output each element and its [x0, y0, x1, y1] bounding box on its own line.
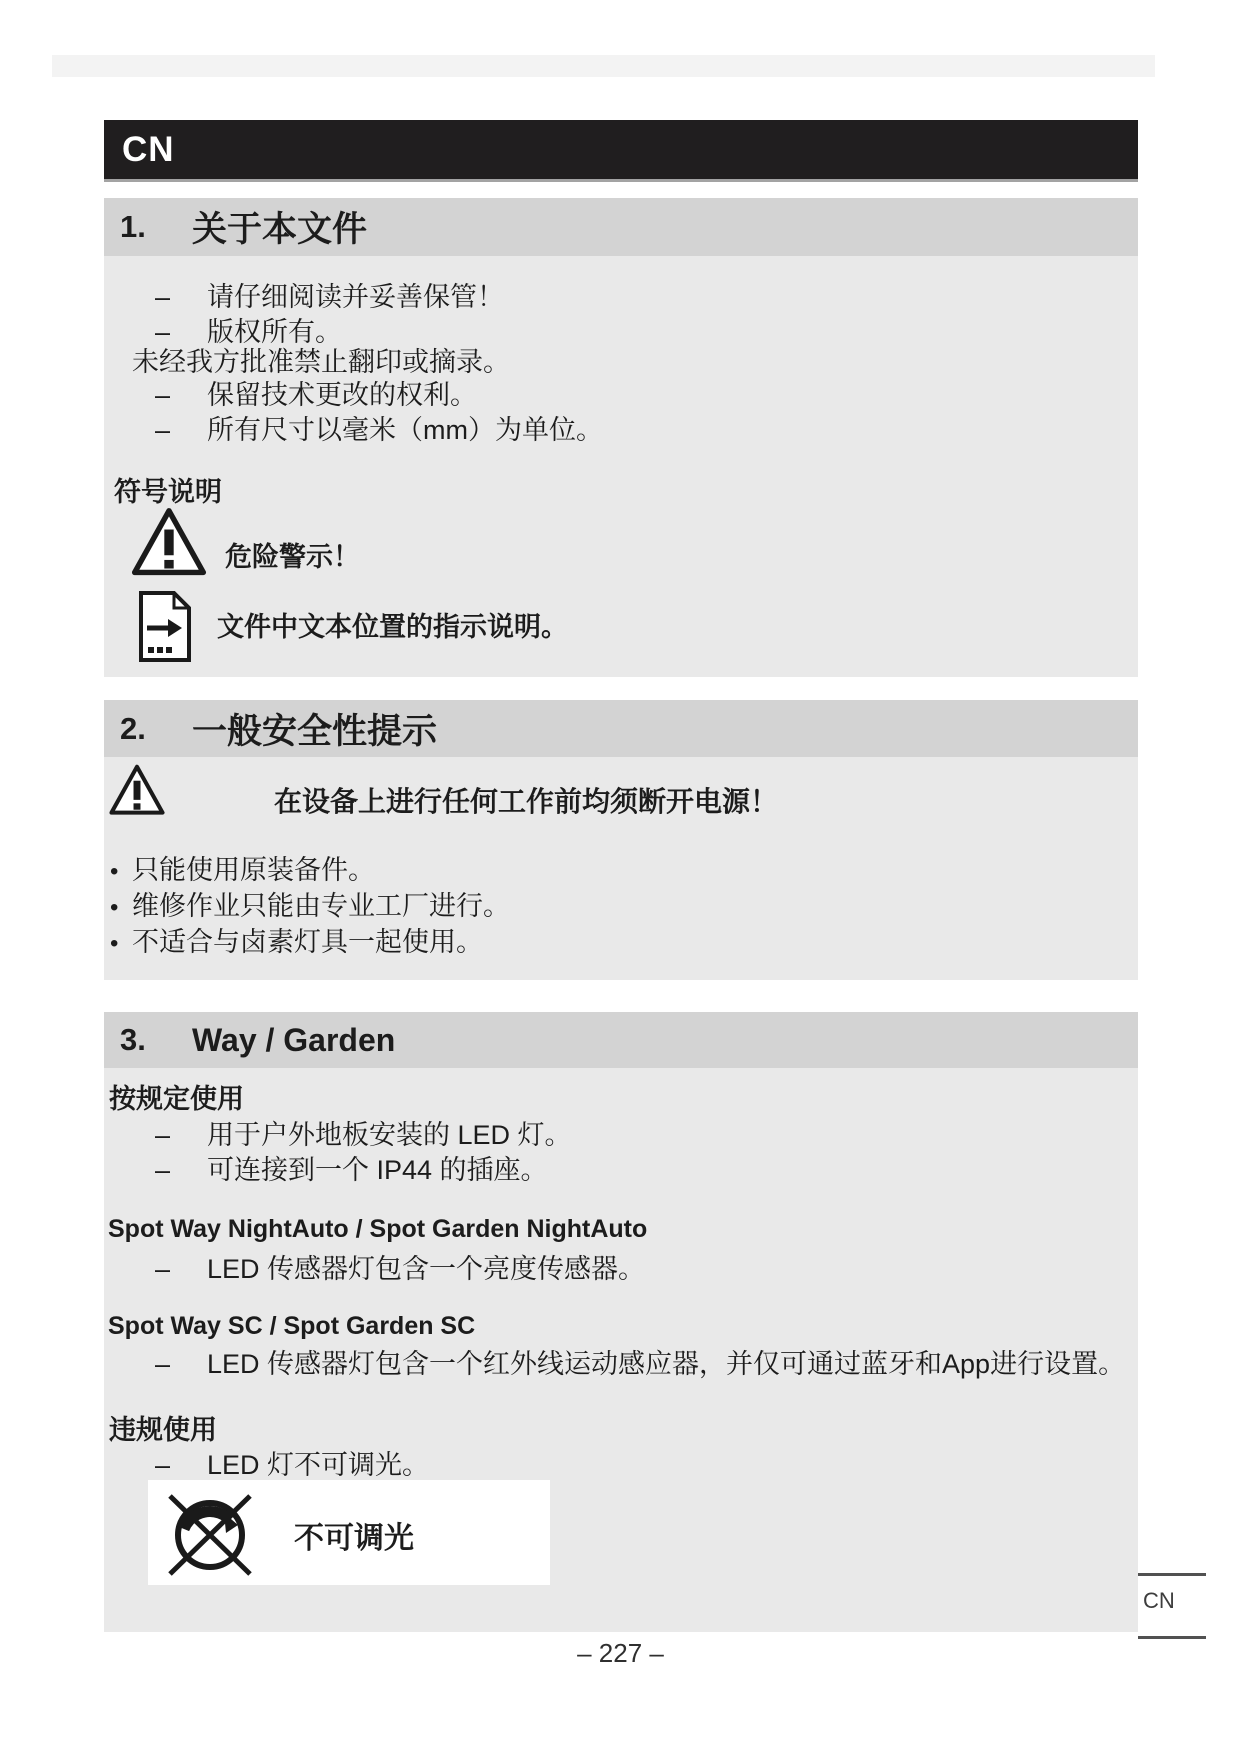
list-item: –所有尺寸以毫米（mm）为单位。	[155, 408, 603, 447]
section2-number: 2.	[120, 711, 192, 747]
list-item-text: LED 传感器灯包含一个红外线运动感应器，并仅可通过蓝牙和App进行设置。	[207, 1349, 1125, 1379]
list-item: •维修作业只能由专业工厂进行。	[110, 884, 510, 923]
language-label: CN	[122, 130, 175, 170]
misuse-heading: 违规使用	[109, 1408, 217, 1447]
list-item: –可连接到一个 IP44 的插座。	[155, 1148, 548, 1187]
section1-number: 1.	[120, 209, 192, 245]
dash-bullet: –	[155, 1349, 207, 1380]
section3-title: Way / Garden	[192, 1022, 395, 1059]
list-item-text: LED 传感器灯包含一个亮度传感器。	[207, 1254, 645, 1284]
round-bullet: •	[110, 930, 132, 958]
list-item-text: 保留技术更改的权利。	[207, 380, 477, 410]
list-item: –保留技术更改的权利。	[155, 373, 477, 412]
list-item: –LED 灯不可调光。	[155, 1443, 429, 1482]
list-item-text: 可连接到一个 IP44 的插座。	[207, 1155, 548, 1185]
list-item-text: 只能使用原装备件。	[132, 855, 375, 885]
section3-header: 3. Way / Garden	[104, 1012, 1138, 1068]
list-item-text: 不适合与卤素灯具一起使用。	[132, 927, 483, 957]
warning-triangle-icon	[130, 506, 208, 583]
round-bullet: •	[110, 858, 132, 886]
sc-heading: Spot Way SC / Spot Garden SC	[108, 1312, 475, 1341]
document-reference-icon	[137, 590, 193, 668]
list-item-text: 请仔细阅读并妥善保管！	[207, 282, 504, 312]
section3-number: 3.	[120, 1022, 192, 1058]
list-item-text: 维修作业只能由专业工厂进行。	[132, 891, 510, 921]
tab-divider-line	[1138, 1636, 1206, 1639]
manual-page: { "colors": { "bar": "#201e1f", "section…	[0, 0, 1241, 1754]
round-bullet: •	[110, 894, 132, 922]
list-item: –用于户外地板安装的 LED 灯。	[155, 1113, 572, 1152]
symbols-heading: 符号说明	[114, 470, 222, 509]
section-way-garden: 3. Way / Garden 按规定使用 –用于户外地板安装的 LED 灯。 …	[104, 1012, 1138, 1632]
no-dimming-icon	[160, 1485, 260, 1585]
language-header-bar: CN	[104, 120, 1138, 182]
section2-title: 一般安全性提示	[192, 704, 437, 754]
nightauto-heading: Spot Way NightAuto / Spot Garden NightAu…	[108, 1215, 647, 1244]
safety-warning-label: 在设备上进行任何工作前均须断开电源！	[274, 780, 778, 820]
intended-use-heading: 按规定使用	[109, 1077, 244, 1116]
list-item: –LED 传感器灯包含一个红外线运动感应器，并仅可通过蓝牙和App进行设置。	[155, 1342, 1125, 1381]
list-item: –LED 传感器灯包含一个亮度传感器。	[155, 1247, 645, 1286]
dash-bullet: –	[155, 1254, 207, 1285]
no-dimming-label: 不可调光	[294, 1513, 414, 1557]
list-item-text: 所有尺寸以毫米（mm）为单位。	[207, 415, 603, 445]
list-item: –请仔细阅读并妥善保管！	[155, 275, 504, 314]
section1-title: 关于本文件	[192, 202, 367, 252]
side-language-tab: CN	[1138, 1573, 1206, 1639]
section-about-document: 1. 关于本文件 –请仔细阅读并妥善保管！ –版权所有。 未经我方批准禁止翻印或…	[104, 198, 1138, 677]
list-item-text: 用于户外地板安装的 LED 灯。	[207, 1120, 572, 1150]
dash-bullet: –	[155, 282, 207, 313]
note-label: 文件中文本位置的指示说明。	[217, 605, 568, 644]
side-tab-label: CN	[1143, 1588, 1175, 1614]
warning-triangle-icon	[108, 762, 166, 823]
list-item: •只能使用原装备件。	[110, 848, 375, 887]
section-general-safety: 2. 一般安全性提示 在设备上进行任何工作前均须断开电源！ •只能使用原装备件。…	[104, 700, 1138, 980]
tab-divider-line	[1138, 1573, 1206, 1576]
page-top-scan-strip	[52, 55, 1155, 77]
list-item-text: LED 灯不可调光。	[207, 1450, 429, 1480]
dash-bullet: –	[155, 380, 207, 411]
list-item: •不适合与卤素灯具一起使用。	[110, 920, 483, 959]
dash-bullet: –	[155, 1450, 207, 1481]
section1-header: 1. 关于本文件	[104, 198, 1138, 256]
dash-bullet: –	[155, 1120, 207, 1151]
section2-header: 2. 一般安全性提示	[104, 700, 1138, 757]
dash-bullet: –	[155, 415, 207, 446]
page-number: – 227 –	[0, 1638, 1241, 1669]
danger-label: 危险警示！	[225, 535, 360, 574]
not-dimmable-box: 不可调光	[148, 1480, 550, 1585]
dash-bullet: –	[155, 1155, 207, 1186]
